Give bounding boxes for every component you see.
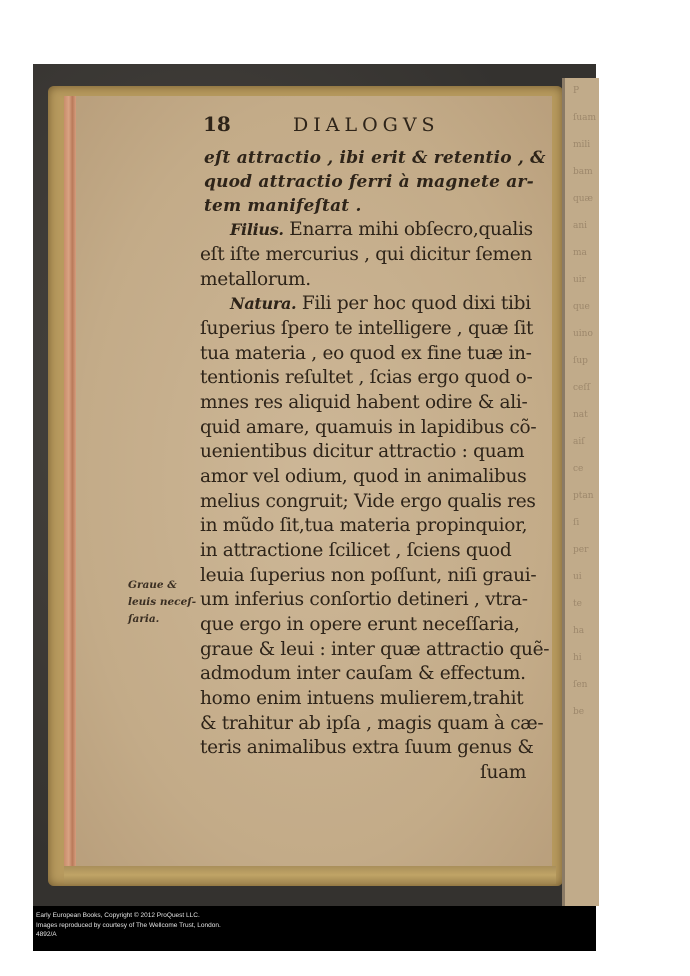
text-line: ſuam: [480, 762, 526, 783]
text-line: & trahitur ab ipſa , magis quam à cæ-: [200, 713, 543, 734]
text-line-content: mnes res aliquid habent odire & ali-: [200, 392, 527, 413]
footer-courtesy: Images reproduced by courtesy of The Wel…: [36, 921, 596, 931]
text-line-content: tua materia , eo quod ex fine tuæ in-: [200, 343, 532, 364]
text-line-content: leuia ſuperius non poſſunt, niſi graui-: [200, 565, 536, 586]
text-line-content: melius congruit; Vide ergo qualis res: [200, 491, 536, 512]
text-line: metallorum.: [200, 269, 311, 290]
text-line: tem manifeſtat .: [204, 196, 362, 216]
page-edges-bottom: [64, 866, 556, 884]
text-line-content: quid amare, quamuis in lapidibus cõ-: [200, 417, 536, 438]
text-line-content: & trahitur ab ipſa , magis quam à cæ-: [200, 713, 543, 734]
text-line-content: graue & leui : inter quæ attractio quẽ-: [200, 639, 549, 660]
text-line: teris animalibus extra ſuum genus &: [200, 737, 534, 758]
text-line: graue & leui : inter quæ attractio quẽ-: [200, 639, 549, 660]
text-line-content: que ergo in opere erunt neceſſaria,: [200, 614, 520, 635]
text-line: tua materia , eo quod ex fine tuæ in-: [200, 343, 532, 364]
text-line: quod attractio ferri à magnete ar-: [204, 172, 534, 192]
text-line-content: ſuperius ſpero te intelligere , quæ ſit: [200, 318, 533, 339]
text-line: amor vel odium, quod in animalibus: [200, 466, 526, 487]
text-line-content: Fili per hoc quod dixi tibi: [296, 293, 530, 314]
text-line: que ergo in opere erunt neceſſaria,: [200, 614, 520, 635]
text-line-content: amor vel odium, quod in animalibus: [200, 466, 526, 487]
text-line: quid amare, quamuis in lapidibus cõ-: [200, 417, 536, 438]
text-line-content: tentionis reſultet , ſcias ergo quod o-: [200, 367, 532, 388]
text-line-content: uenientibus dicitur attractio : quam: [200, 441, 524, 462]
footer-shelfmark: 4892/A: [36, 930, 596, 940]
text-line: in mũdo ſit,tua materia propinquior,: [200, 515, 527, 536]
marginal-note-line: leuis neceſ-: [128, 594, 202, 611]
text-line-content: eſt iſte mercurius , qui dicitur ſemen: [200, 244, 532, 265]
text-line: um inferius conſortio detineri , vtra-: [200, 589, 528, 610]
text-line-content: in attractione ſcilicet , ſciens quod: [200, 540, 511, 561]
text-line-content: eſt attractio , ibi erit & retentio , &: [204, 148, 546, 168]
marginal-note: Graue & leuis neceſ- ſaria.: [128, 577, 202, 628]
text-line-content: in mũdo ſit,tua materia propinquior,: [200, 515, 527, 536]
text-line-content: quod attractio ferri à magnete ar-: [204, 172, 534, 192]
facing-page-bleed-text: Pſuammilibamquæanimauirqueuinoſupceſſnat…: [573, 78, 597, 726]
copyright-footer: Early European Books, Copyright © 2012 P…: [33, 906, 596, 951]
text-line-content: Enarra mihi obſecro,qualis: [284, 219, 533, 240]
text-line: ſuperius ſpero te intelligere , quæ ſit: [200, 318, 533, 339]
marginal-note-line: Graue &: [128, 577, 202, 594]
text-line: homo enim intuens mulierem,trahit: [200, 688, 523, 709]
text-line: in attractione ſcilicet , ſciens quod: [200, 540, 511, 561]
text-line: eſt iſte mercurius , qui dicitur ſemen: [200, 244, 532, 265]
text-line-content: homo enim intuens mulierem,trahit: [200, 688, 523, 709]
marginal-note-line: ſaria.: [128, 611, 202, 628]
text-line: tentionis reſultet , ſcias ergo quod o-: [200, 367, 532, 388]
text-line: melius congruit; Vide ergo qualis res: [200, 491, 536, 512]
running-title: DIALOGVS: [293, 114, 440, 136]
text-line: leuia ſuperius non poſſunt, niſi graui-: [200, 565, 536, 586]
page-number: 18: [203, 112, 231, 136]
text-line: uenientibus dicitur attractio : quam: [200, 441, 524, 462]
text-line-content: tem manifeſtat .: [204, 196, 362, 216]
text-line: Natura. Fili per hoc quod dixi tibi: [230, 293, 531, 314]
speaker-label: Natura.: [230, 294, 296, 313]
footer-copyright: Early European Books, Copyright © 2012 P…: [36, 911, 596, 921]
text-line: eſt attractio , ibi erit & retentio , &: [204, 148, 546, 168]
text-line: Filius. Enarra mihi obſecro,qualis: [230, 219, 533, 240]
page-header: 18 DIALOGVS: [203, 112, 543, 142]
text-line: admodum inter cauſam & effectum.: [200, 663, 526, 684]
text-line-content: ſuam: [480, 762, 526, 783]
text-line: mnes res aliquid habent odire & ali-: [200, 392, 527, 413]
facing-page-fragment: Pſuammilibamquæanimauirqueuinoſupceſſnat…: [562, 78, 599, 906]
text-line-content: admodum inter cauſam & effectum.: [200, 663, 526, 684]
text-line-content: teris animalibus extra ſuum genus &: [200, 737, 534, 758]
page-edges-left: [64, 96, 76, 870]
text-line-content: um inferius conſortio detineri , vtra-: [200, 589, 528, 610]
speaker-label: Filius.: [230, 220, 284, 239]
text-line-content: metallorum.: [200, 269, 311, 290]
